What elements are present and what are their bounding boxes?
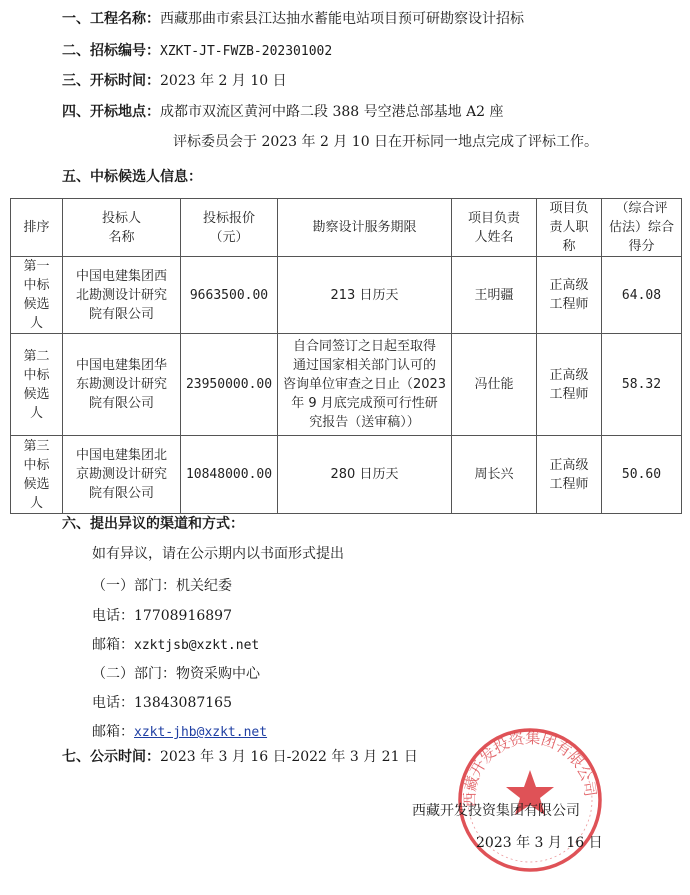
header-score: （综合评估法）综合得分 <box>602 199 682 257</box>
phone-label: 电话： <box>92 608 134 624</box>
svg-text:西藏开发投资集团有限公司: 西藏开发投资集团有限公司 <box>461 729 599 807</box>
cell-title: 正高级工程师 <box>537 436 602 514</box>
cell-bidder: 中国电建集团华东勘测设计研究院有限公司 <box>63 334 181 436</box>
cell-manager: 王明疆 <box>452 257 537 334</box>
contact-1-phone-line: 电话：17708916897 <box>92 607 232 625</box>
cell-rank: 第一中标候选人 <box>11 257 63 334</box>
publicity-value: 2023 年 3 月 16 日-2022 年 3 月 21 日 <box>160 749 418 765</box>
table-row: 第二中标候选人 中国电建集团华东勘测设计研究院有限公司 23950000.00 … <box>11 334 682 436</box>
section-opening-location: 四、开标地点：成都市双流区黄河中路二段 388 号空港总部基地 A2 座 <box>62 103 504 121</box>
section-candidates: 五、中标候选人信息： <box>62 168 202 186</box>
contact-1-email: xzktjsb@xzkt.net <box>134 638 259 653</box>
cell-score: 50.60 <box>602 436 682 514</box>
bid-number-value: XZKT-JT-FWZB-202301002 <box>160 44 332 59</box>
opening-location-label: 四、开标地点： <box>62 104 160 120</box>
email-label: 邮箱： <box>92 637 134 653</box>
table-row: 第三中标候选人 中国电建集团北京勘测设计研究院有限公司 10848000.00 … <box>11 436 682 514</box>
cell-title: 正高级工程师 <box>537 257 602 334</box>
section-bid-number: 二、招标编号：XZKT-JT-FWZB-202301002 <box>62 42 332 61</box>
contact-2-email-line: 邮箱：xzkt-jhb@xzkt.net <box>92 723 267 742</box>
cell-score: 58.32 <box>602 334 682 436</box>
contact-1-dept: （一）部门：机关纪委 <box>92 577 232 595</box>
cell-price: 23950000.00 <box>181 334 278 436</box>
cell-rank: 第三中标候选人 <box>11 436 63 514</box>
contact-1-email-line: 邮箱：xzktjsb@xzkt.net <box>92 636 259 655</box>
cell-title: 正高级工程师 <box>537 334 602 436</box>
candidates-table: 排序 投标人名称 投标报价（元） 勘察设计服务期限 项目负责人姓名 项目负责人职… <box>10 198 682 514</box>
table-row: 第一中标候选人 中国电建集团西北勘测设计研究院有限公司 9663500.00 2… <box>11 257 682 334</box>
bid-number-label: 二、招标编号： <box>62 43 160 59</box>
contact-2-phone: 13843087165 <box>134 695 232 711</box>
cell-price: 10848000.00 <box>181 436 278 514</box>
header-period: 勘察设计服务期限 <box>278 199 452 257</box>
opening-time-value: 2023 年 2 月 10 日 <box>160 73 287 89</box>
phone-label: 电话： <box>92 695 134 711</box>
cell-period: 213 日历天 <box>278 257 452 334</box>
email-label: 邮箱： <box>92 724 134 740</box>
objection-label: 六、提出异议的渠道和方式： <box>62 516 244 532</box>
header-title: 项目负责人职称 <box>537 199 602 257</box>
project-name-label: 一、工程名称： <box>62 11 160 27</box>
cell-rank: 第二中标候选人 <box>11 334 63 436</box>
section-publicity-period: 七、公示时间：2023 年 3 月 16 日-2022 年 3 月 21 日 <box>62 748 418 766</box>
contact-2-phone-line: 电话：13843087165 <box>92 694 232 712</box>
header-bidder: 投标人名称 <box>63 199 181 257</box>
section-project-name: 一、工程名称：西藏那曲市索县江达抽水蓄能电站项目预可研勘察设计招标 <box>62 10 524 28</box>
header-price: 投标报价（元） <box>181 199 278 257</box>
cell-period: 280 日历天 <box>278 436 452 514</box>
contact-2-dept: （二）部门：物资采购中心 <box>92 665 260 683</box>
candidates-label: 五、中标候选人信息： <box>62 169 202 185</box>
contact-2-email-link[interactable]: xzkt-jhb@xzkt.net <box>134 725 267 740</box>
cell-bidder: 中国电建集团西北勘测设计研究院有限公司 <box>63 257 181 334</box>
section-opening-time: 三、开标时间：2023 年 2 月 10 日 <box>62 72 287 90</box>
opening-location-value: 成都市双流区黄河中路二段 388 号空港总部基地 A2 座 <box>160 104 504 120</box>
evaluation-note: 评标委员会于 2023 年 2 月 10 日在开标同一地点完成了评标工作。 <box>173 133 598 151</box>
cell-manager: 冯仕能 <box>452 334 537 436</box>
header-manager: 项目负责人姓名 <box>452 199 537 257</box>
signature-date: 2023 年 3 月 16 日 <box>476 832 603 852</box>
contact-1-phone: 17708916897 <box>134 608 232 624</box>
opening-time-label: 三、开标时间： <box>62 73 160 89</box>
cell-bidder: 中国电建集团北京勘测设计研究院有限公司 <box>63 436 181 514</box>
cell-score: 64.08 <box>602 257 682 334</box>
cell-period: 自合同签订之日起至取得通过国家相关部门认可的咨询单位审查之日止（2023年 9 … <box>278 334 452 436</box>
publicity-label: 七、公示时间： <box>62 749 160 765</box>
cell-manager: 周长兴 <box>452 436 537 514</box>
signature-company: 西藏开发投资集团有限公司 <box>412 800 580 820</box>
section-objection: 六、提出异议的渠道和方式： <box>62 515 244 533</box>
objection-intro: 如有异议，请在公示期内以书面形式提出 <box>92 545 344 563</box>
header-rank: 排序 <box>11 199 63 257</box>
cell-price: 9663500.00 <box>181 257 278 334</box>
table-header-row: 排序 投标人名称 投标报价（元） 勘察设计服务期限 项目负责人姓名 项目负责人职… <box>11 199 682 257</box>
project-name-value: 西藏那曲市索县江达抽水蓄能电站项目预可研勘察设计招标 <box>160 11 524 27</box>
